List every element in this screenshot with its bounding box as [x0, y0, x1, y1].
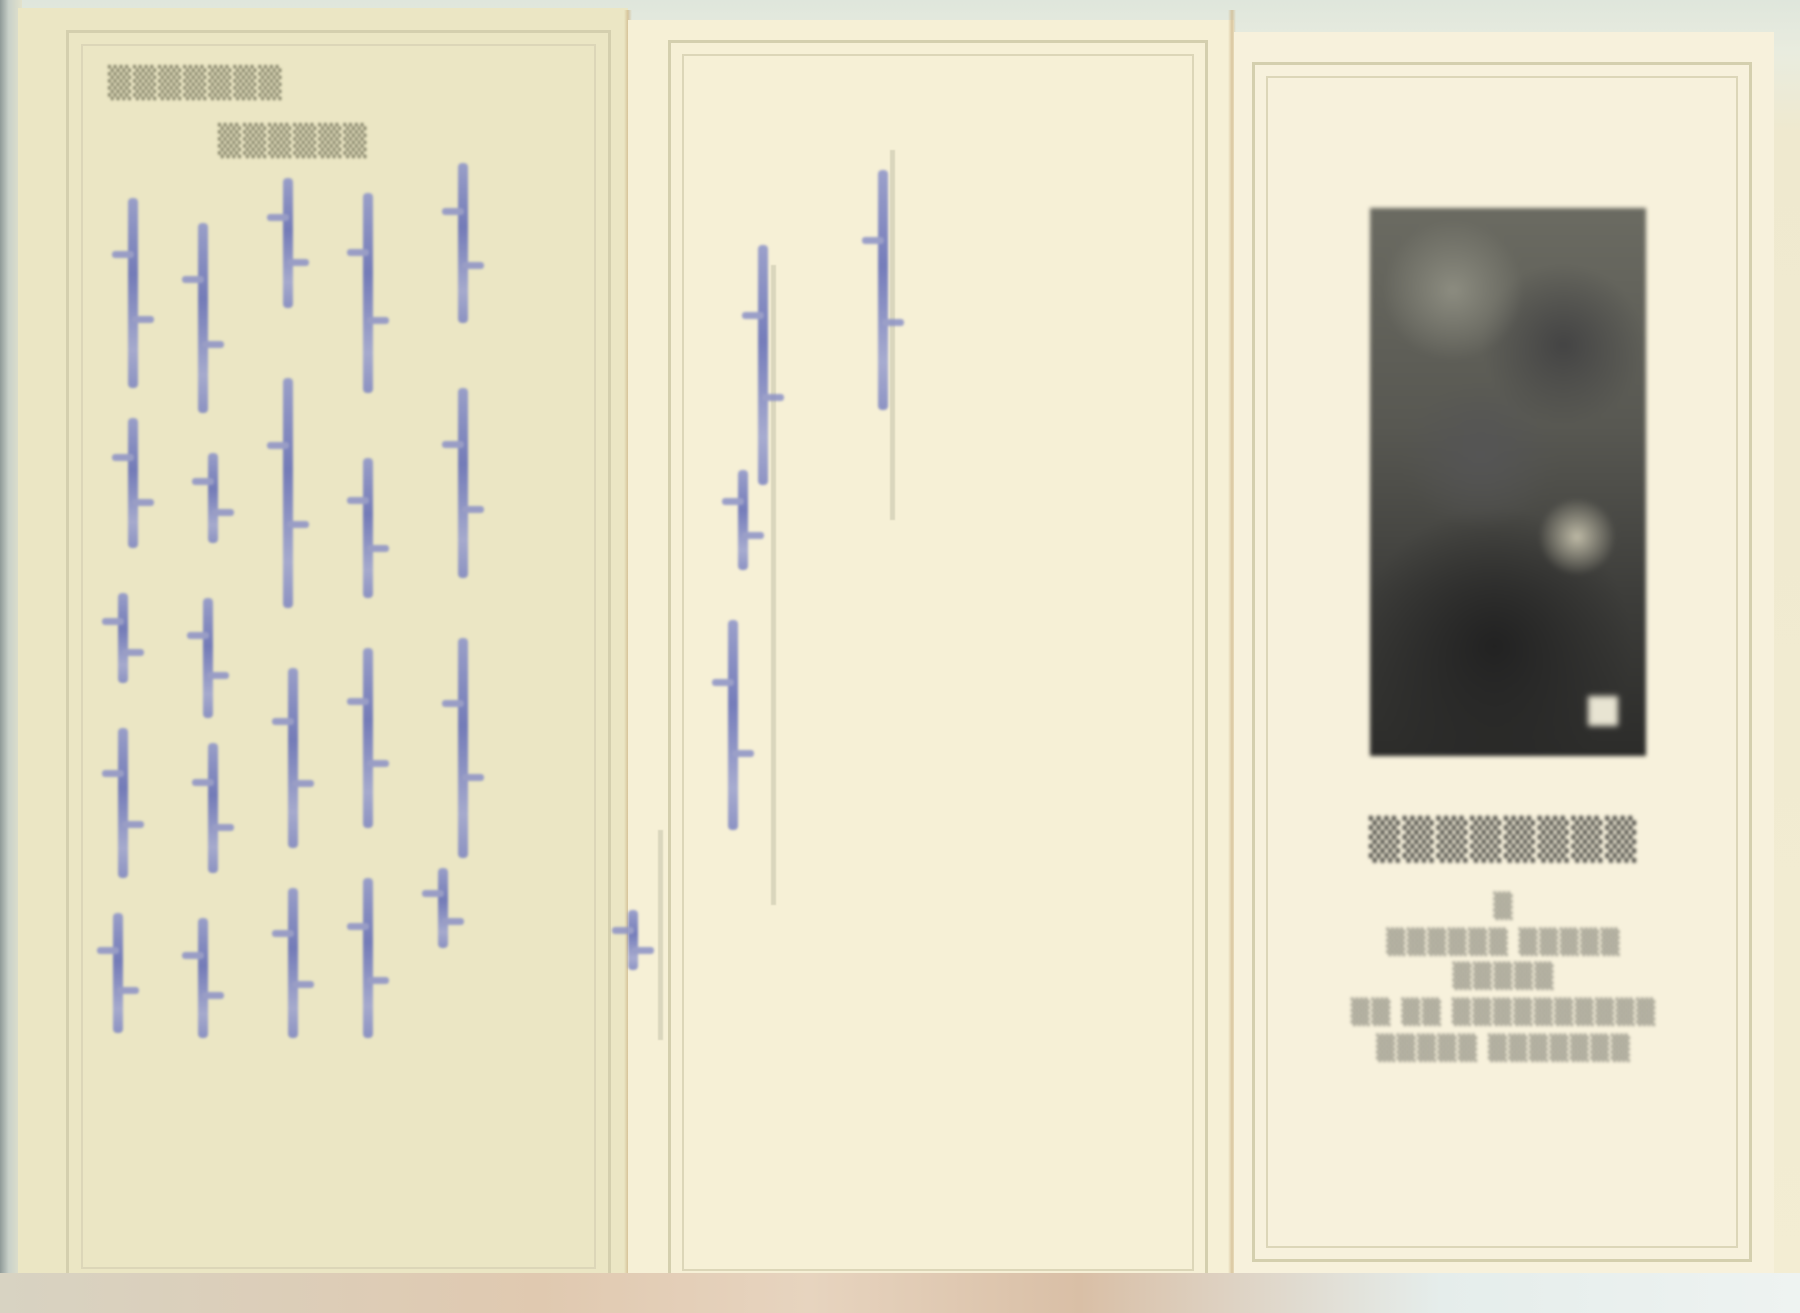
script-glyph — [363, 878, 373, 1038]
script-glyph — [128, 198, 138, 388]
script-glyph — [208, 743, 218, 873]
script-glyph — [118, 593, 128, 683]
script-glyph — [113, 913, 123, 1033]
script-text-block — [18, 8, 628, 1293]
background-surface — [0, 1273, 1800, 1313]
script-glyph — [458, 388, 468, 578]
script-glyph — [208, 453, 218, 543]
script-glyph — [628, 910, 638, 970]
script-glyph — [203, 598, 213, 718]
cover-photo — [1370, 208, 1646, 756]
script-text-block — [628, 20, 1234, 1293]
script-glyph — [458, 163, 468, 323]
cover-panel: ▒▒▒▒▒▒▒▒ ▒ ▒▒▒▒▒▒ ▒▒▒▒▒ ▒▒▒▒▒ ▒▒ ▒▒ ▒▒▒▒… — [1234, 32, 1774, 1293]
script-glyph — [283, 378, 293, 608]
cover-title: ▒▒▒▒▒▒▒▒ — [1334, 816, 1674, 863]
photographed-leaflet: ▒▒▒▒▒▒▒ ▒▒▒▒▒▒ ▒▒▒▒▒▒▒▒ ▒ ▒▒▒▒▒▒ ▒▒▒▒▒ ▒… — [0, 0, 1800, 1313]
script-glyph — [198, 918, 208, 1038]
script-glyph — [283, 178, 293, 308]
cover-line: ▒ — [1314, 892, 1694, 920]
script-glyph — [758, 245, 768, 485]
cover-line: ▒▒▒▒▒ ▒▒▒▒▒▒▒ — [1314, 1034, 1694, 1062]
script-glyph — [878, 170, 888, 410]
script-glyph — [728, 620, 738, 830]
cover-line: ▒▒▒▒▒ — [1314, 962, 1694, 990]
left-panel: ▒▒▒▒▒▒▒ ▒▒▒▒▒▒ — [18, 8, 628, 1293]
script-glyph — [288, 888, 298, 1038]
script-glyph — [118, 728, 128, 878]
script-glyph — [128, 418, 138, 548]
script-glyph — [363, 193, 373, 393]
cover-line: ▒▒▒▒▒▒ ▒▒▒▒▒ — [1314, 928, 1694, 956]
cover-line: ▒▒ ▒▒ ▒▒▒▒▒▒▒▒▒▒ — [1314, 998, 1694, 1026]
script-glyph — [198, 223, 208, 413]
script-glyph — [738, 470, 748, 570]
script-glyph — [458, 638, 468, 858]
middle-panel — [628, 20, 1234, 1293]
script-glyph — [363, 458, 373, 598]
script-glyph — [363, 648, 373, 828]
script-glyph — [438, 868, 448, 948]
script-glyph — [288, 668, 298, 848]
